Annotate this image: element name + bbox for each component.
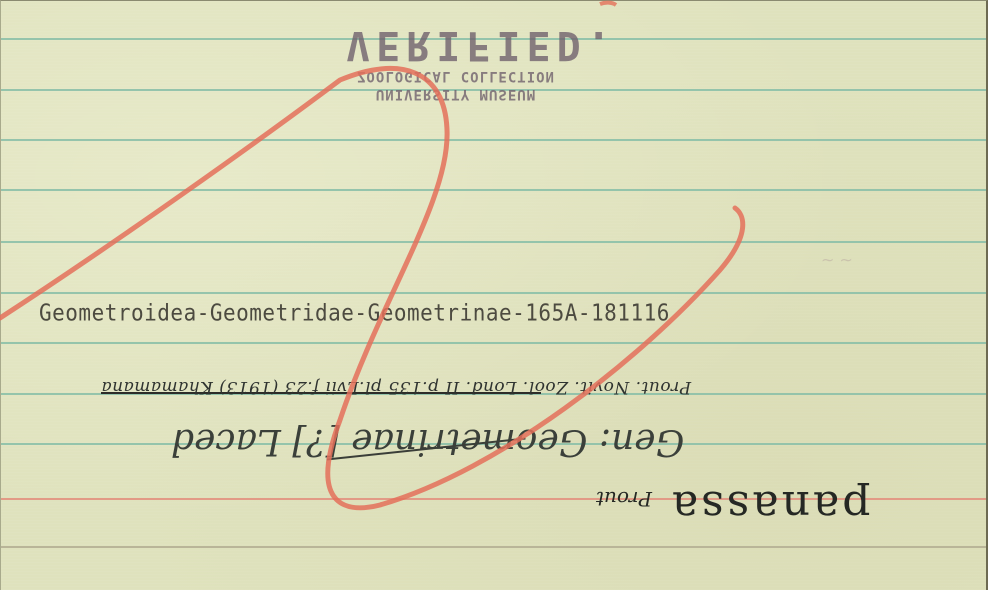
stamp-line-1: VERIFIED. xyxy=(346,23,566,67)
handwritten-species-name: panassa Prout xyxy=(596,481,870,532)
verified-stamp: UNIVERSITY MUSEUM ZOOLOGICAL COLLECTION … xyxy=(346,23,566,103)
typed-classification-label: Geometroidea-Geometridae-Geometrinae-165… xyxy=(39,300,670,326)
handwritten-family: Gen: Geometrinae [?] Laced xyxy=(171,421,684,462)
ruled-line xyxy=(1,139,986,141)
stamp-line-3: UNIVERSITY MUSEUM xyxy=(346,85,566,103)
species-name: panassa xyxy=(669,481,870,532)
handwritten-reference: Prout. Novit. Zool. Lond. II p.135 pl.Lv… xyxy=(101,377,691,397)
ruled-line xyxy=(1,189,986,191)
stamp-line-2: ZOOLOGICAL COLLECTION xyxy=(346,67,566,85)
ruled-line xyxy=(1,241,986,243)
ruled-line xyxy=(1,342,986,344)
ruled-line xyxy=(1,292,986,294)
species-author: Prout xyxy=(596,487,652,511)
ruled-line-brown xyxy=(1,546,986,548)
faint-pencil-mark: ~ ~ xyxy=(821,251,853,270)
index-card: UNIVERSITY MUSEUM ZOOLOGICAL COLLECTION … xyxy=(0,0,988,590)
